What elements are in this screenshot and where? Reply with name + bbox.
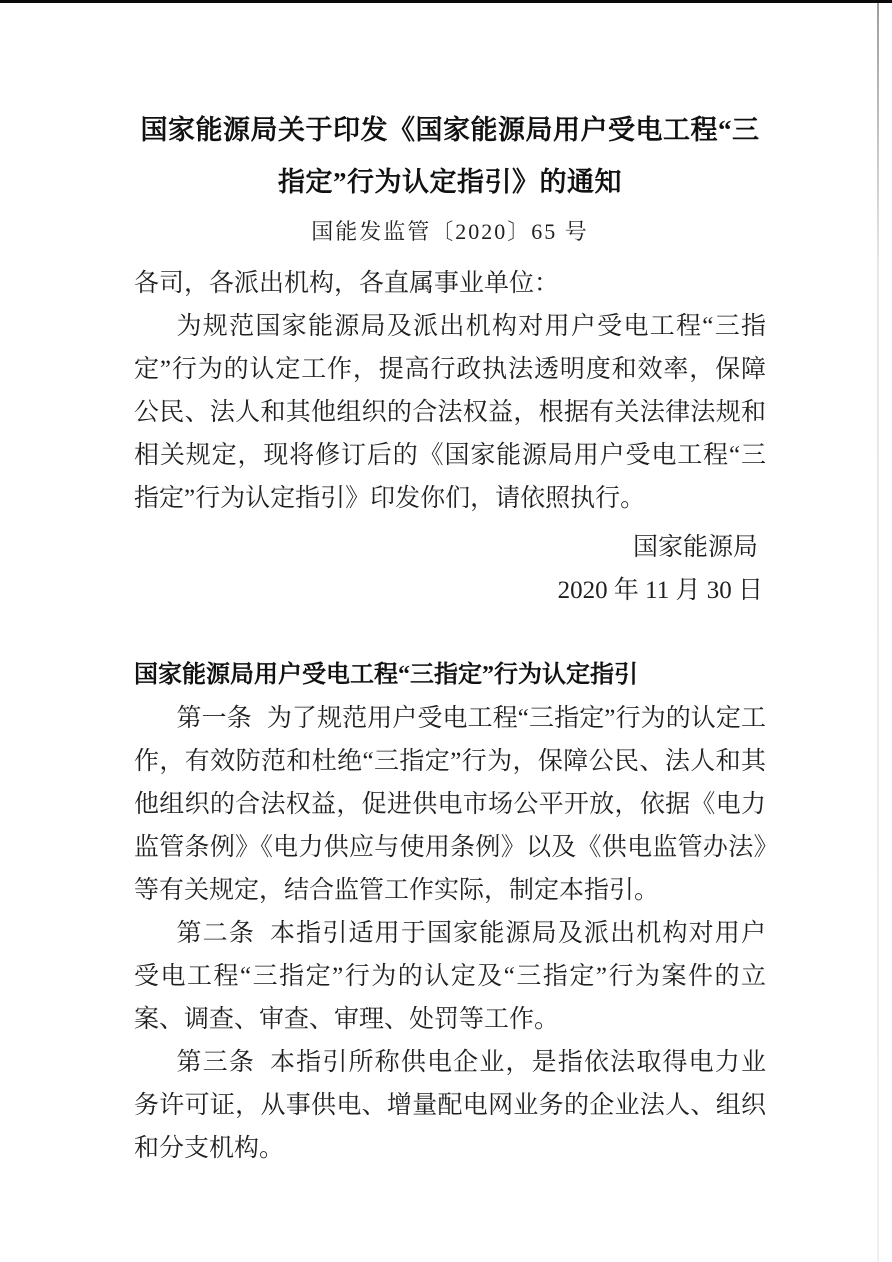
salutation: 各司，各派出机构，各直属事业单位：	[134, 262, 766, 305]
article-1-text: 为了规范用户受电工程“三指定”行为的认定工作，有效防范和杜绝“三指定”行为，保障…	[134, 705, 766, 904]
article-2-label: 第二条	[177, 920, 256, 947]
issue-date: 2020 年 11 月 30 日	[134, 569, 766, 612]
article-1: 第一条为了规范用户受电工程“三指定”行为的认定工作，有效防范和杜绝“三指定”行为…	[134, 697, 766, 912]
guideline-heading: 国家能源局用户受电工程“三指定”行为认定指引	[134, 654, 766, 697]
notice-paragraph: 为规范国家能源局及派出机构对用户受电工程“三指定”行为的认定工作，提高行政执法透…	[134, 305, 766, 520]
article-3: 第三条本指引所称供电企业，是指依法取得电力业务许可证，从事供电、增量配电网业务的…	[134, 1041, 766, 1170]
notice-body: 各司，各派出机构，各直属事业单位： 为规范国家能源局及派出机构对用户受电工程“三…	[134, 262, 766, 1170]
article-1-label: 第一条	[177, 705, 252, 732]
document-content: 国家能源局关于印发《国家能源局用户受电工程“三指定”行为认定指引》的通知 国能发…	[134, 0, 766, 1170]
notice-title: 国家能源局关于印发《国家能源局用户受电工程“三指定”行为认定指引》的通知	[134, 104, 766, 208]
article-2: 第二条本指引适用于国家能源局及派出机构对用户受电工程“三指定”行为的认定及“三指…	[134, 912, 766, 1041]
article-3-label: 第三条	[177, 1049, 256, 1076]
right-edge-scan-line	[877, 3, 879, 1262]
document-page: 国家能源局关于印发《国家能源局用户受电工程“三指定”行为认定指引》的通知 国能发…	[0, 0, 892, 1262]
doc-number: 国能发监管〔2020〕65 号	[134, 216, 766, 248]
issuer-name: 国家能源局	[134, 526, 766, 569]
